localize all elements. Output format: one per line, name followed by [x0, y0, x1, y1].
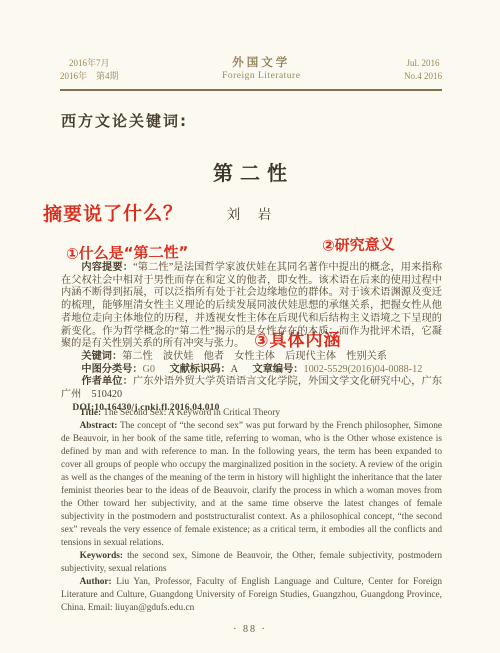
annotation-note-1: ①什么是“第二性”	[66, 241, 189, 264]
journal-header: 2016年7月 2016年 第4期 外国文学 Foreign Literatur…	[60, 57, 442, 83]
journal-date-en: Jul. 2016	[404, 57, 442, 70]
scanned-paper-page: 2016年7月 2016年 第4期 外国文学 Foreign Literatur…	[0, 0, 500, 653]
article-id-label: 文章编号：	[253, 364, 304, 375]
article-title: 第二性	[0, 157, 500, 186]
clc-pair: 中图分类号：G0	[81, 364, 155, 375]
keywords-cn: 关键词：第二性 波伏娃 他者 女性主体 后现代主体 性别关系	[61, 351, 442, 364]
abstract-en-line: Abstract: The concept of “the second sex…	[61, 420, 442, 550]
clc-value: G0	[143, 364, 155, 375]
article-id-pair: 文章编号：1002-5529(2016)04-0088-12	[253, 364, 423, 375]
annotation-abstract-question: 摘要说了什么？	[43, 198, 183, 226]
page-number: · 88 ·	[0, 624, 500, 635]
affiliation-label: 作者单位：	[81, 376, 133, 387]
article-id-value: 1002-5529(2016)04-0088-12	[303, 364, 422, 375]
author-en-text: Liu Yan, Professor, Faculty of English L…	[61, 577, 442, 613]
doc-code-label: 文献标识码：	[170, 364, 231, 375]
doc-code-pair: 文献标识码：A	[170, 364, 238, 375]
chinese-meta-block: 内容提要：“第二性”是法国哲学家波伏娃在其同名著作中提出的概念，用来指称在父权社…	[61, 262, 442, 414]
annotation-note-2: ②研究意义	[322, 233, 395, 255]
title-en-text: The Second Sex: A Keyword in Critical Th…	[103, 408, 280, 418]
abstract-cn-text: “第二性”是法国哲学家波伏娃在其同名著作中提出的概念，用来指称在父权社会中相对于…	[61, 262, 442, 349]
doc-code-value: A	[231, 364, 238, 375]
journal-title-cn: 外国文学	[222, 57, 300, 70]
classification-line: 中图分类号：G0 文献标识码：A 文章编号：1002-5529(2016)04-…	[61, 364, 442, 377]
abstract-cn-label: 内容提要：	[81, 262, 133, 273]
journal-issue-cn: 2016年 第4期	[60, 70, 119, 83]
clc-label: 中图分类号：	[81, 364, 142, 375]
keywords-cn-text: 第二性 波伏娃 他者 女性主体 后现代主体 性别关系	[122, 351, 387, 362]
abstract-cn: 内容提要：“第二性”是法国哲学家波伏娃在其同名著作中提出的概念，用来指称在父权社…	[61, 262, 442, 351]
header-divider	[60, 89, 442, 91]
journal-header-center: 外国文学 Foreign Literature	[222, 57, 300, 83]
journal-header-left: 2016年7月 2016年 第4期	[60, 57, 119, 83]
author-en-line: Author: Liu Yan, Professor, Faculty of E…	[61, 576, 442, 615]
author-en-label: Author:	[80, 577, 112, 587]
abstract-en-text: The concept of “the second sex” was put …	[61, 421, 442, 548]
column-heading: 西方文论关键词:	[61, 110, 188, 131]
english-meta-block: Title: The Second Sex: A Keyword in Crit…	[61, 407, 442, 615]
title-en-label: Title:	[80, 408, 102, 418]
journal-title-en: Foreign Literature	[222, 70, 300, 83]
journal-header-right: Jul. 2016 No.4 2016	[404, 57, 442, 83]
abstract-en-label: Abstract:	[80, 421, 118, 431]
keywords-en-label: Keywords:	[80, 551, 123, 561]
journal-date-cn: 2016年7月	[60, 57, 119, 70]
affiliation-line: 作者单位：广东外语外贸大学英语语言文化学院，外国文学文化研究中心，广东广州 51…	[61, 376, 442, 401]
keywords-cn-label: 关键词：	[81, 351, 122, 362]
keywords-en-line: Keywords: the second sex, Simone de Beau…	[61, 550, 442, 576]
journal-issue-en: No.4 2016	[404, 70, 442, 83]
title-en-line: Title: The Second Sex: A Keyword in Crit…	[61, 407, 442, 420]
